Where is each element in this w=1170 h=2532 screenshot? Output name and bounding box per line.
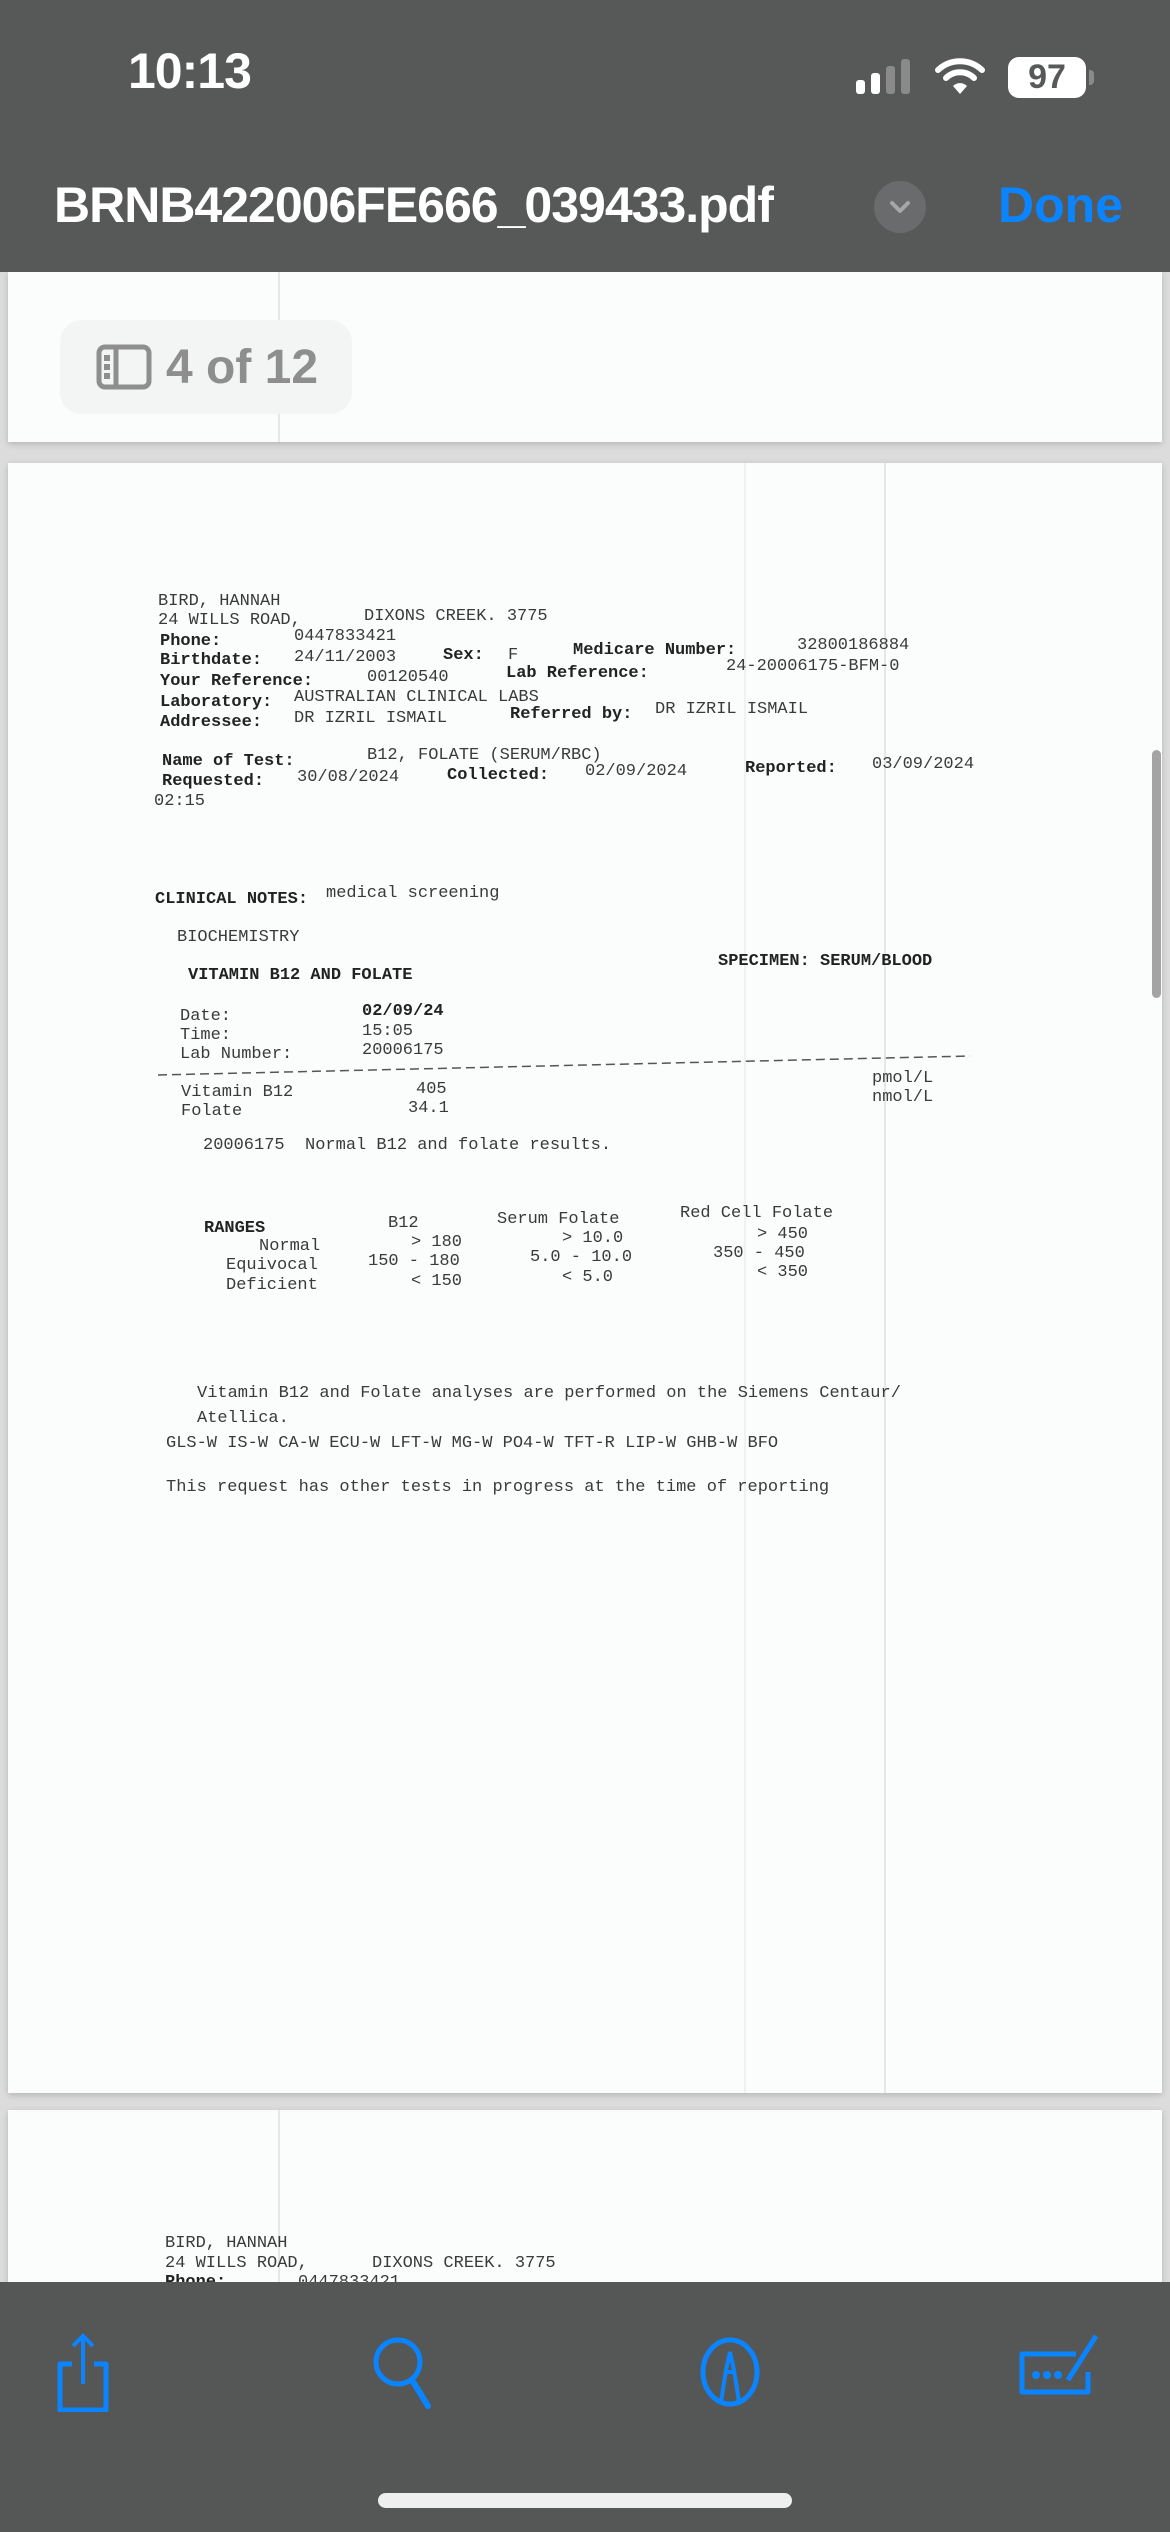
scrollbar-thumb[interactable]	[1152, 750, 1161, 998]
result-value: 405	[416, 1080, 447, 1099]
department: BIOCHEMISTRY	[177, 928, 299, 947]
birthdate-label: Birthdate:	[160, 651, 262, 670]
markup-icon[interactable]	[688, 2332, 768, 2412]
clinical-notes-label: CLINICAL NOTES:	[155, 890, 308, 909]
phone-label: Phone:	[160, 632, 221, 651]
medicare-value: 32800186884	[797, 636, 909, 655]
your-reference-label: Your Reference:	[160, 672, 313, 691]
cellular-signal-icon	[856, 60, 916, 94]
your-reference-value: 00120540	[367, 668, 449, 687]
analyser-note-cont: Atellica.	[197, 1409, 289, 1428]
lab-reference-value: 24-20006175-BFM-0	[726, 657, 899, 676]
progress-note: This request has other tests in progress…	[166, 1478, 829, 1497]
range-value: 5.0 - 10.0	[530, 1248, 632, 1267]
laboratory-value: AUSTRALIAN CLINICAL LABS	[294, 688, 539, 707]
addressee-value: DR IZRIL ISMAIL	[294, 709, 447, 728]
referred-by-value: DR IZRIL ISMAIL	[655, 700, 808, 719]
phone-value: 0447833421	[294, 627, 396, 646]
result-comment: 20006175 Normal B12 and folate results.	[203, 1136, 611, 1155]
lab-reference-label: Lab Reference:	[506, 664, 649, 683]
result-value: 34.1	[408, 1099, 449, 1118]
time-label: Time:	[180, 1026, 231, 1045]
test-name-label: Name of Test:	[162, 752, 295, 771]
addressee-label: Addressee:	[160, 713, 262, 732]
range-value: < 150	[411, 1272, 462, 1291]
time-value: 15:05	[362, 1022, 413, 1041]
collected-label: Collected:	[447, 766, 549, 785]
test-codes: GLS-W IS-W CA-W ECU-W LFT-W MG-W PO4-W T…	[166, 1434, 778, 1453]
range-column-header: Serum Folate	[497, 1210, 619, 1229]
requested-label: Requested:	[162, 772, 264, 791]
referred-by-label: Referred by:	[510, 705, 632, 724]
birthdate-value: 24/11/2003	[294, 648, 396, 667]
reported-label: Reported:	[745, 759, 837, 778]
next-address-suburb: DIXONS CREEK. 3775	[372, 2254, 556, 2273]
battery-nub	[1089, 70, 1094, 85]
result-unit: pmol/L	[872, 1069, 933, 1088]
done-button[interactable]: Done	[998, 176, 1123, 234]
collected-value: 02/09/2024	[585, 762, 687, 781]
result-name: Folate	[181, 1102, 242, 1121]
chevron-down-icon	[874, 181, 926, 233]
page-indicator[interactable]: 4 of 12	[60, 320, 352, 414]
date-value: 02/09/24	[362, 1002, 444, 1021]
results-divider	[158, 1050, 970, 1080]
title-menu-button[interactable]	[874, 181, 926, 233]
address-suburb: DIXONS CREEK. 3775	[364, 607, 548, 626]
range-value: < 350	[757, 1263, 808, 1282]
range-value: 150 - 180	[368, 1252, 460, 1271]
battery-indicator: 97	[1008, 57, 1086, 98]
test-name-value: B12, FOLATE (SERUM/RBC)	[367, 746, 602, 765]
top-bar: 10:13 97 BRNB422006FE666_039433.pdf Done	[0, 0, 1170, 272]
document-title[interactable]: BRNB422006FE666_039433.pdf	[54, 176, 773, 234]
range-label: Deficient	[226, 1276, 318, 1295]
sex-label: Sex:	[443, 646, 484, 665]
range-value: 350 - 450	[713, 1244, 805, 1263]
section-title: VITAMIN B12 AND FOLATE	[188, 966, 412, 985]
requested-value: 30/08/2024	[297, 768, 399, 787]
clinical-notes-value: medical screening	[326, 884, 499, 903]
home-indicator[interactable]	[378, 2493, 792, 2508]
address-street: 24 WILLS ROAD,	[158, 611, 301, 630]
laboratory-label: Laboratory:	[160, 693, 272, 712]
range-label: Normal	[259, 1237, 320, 1256]
fill-sign-icon[interactable]	[1016, 2332, 1116, 2412]
medicare-label: Medicare Number:	[573, 641, 736, 660]
search-icon[interactable]	[362, 2332, 442, 2412]
analyser-note: Vitamin B12 and Folate analyses are perf…	[197, 1384, 901, 1403]
date-label: Date:	[180, 1007, 231, 1026]
range-value: > 180	[411, 1233, 462, 1252]
result-name: Vitamin B12	[181, 1083, 293, 1102]
range-label: Equivocal	[226, 1256, 318, 1275]
reported-value: 03/09/2024	[872, 755, 974, 774]
sidebar-thumbnails-icon	[96, 344, 152, 390]
patient-name: BIRD, HANNAH	[158, 592, 280, 611]
page-indicator-label: 4 of 12	[166, 340, 318, 395]
result-unit: nmol/L	[872, 1088, 933, 1107]
share-icon[interactable]	[44, 2332, 124, 2412]
status-time: 10:13	[128, 42, 251, 100]
specimen: SPECIMEN: SERUM/BLOOD	[718, 952, 932, 971]
range-column-header: B12	[388, 1214, 419, 1233]
range-value: > 10.0	[562, 1229, 623, 1248]
ranges-title: RANGES	[204, 1219, 265, 1238]
reported-time: 02:15	[154, 792, 205, 811]
wifi-icon	[935, 56, 985, 96]
range-column-header: Red Cell Folate	[680, 1204, 833, 1223]
next-address-street: 24 WILLS ROAD,	[165, 2254, 308, 2273]
range-value: < 5.0	[562, 1268, 613, 1287]
next-patient-name: BIRD, HANNAH	[165, 2234, 287, 2253]
sex-value: F	[508, 646, 518, 665]
range-value: > 450	[757, 1225, 808, 1244]
